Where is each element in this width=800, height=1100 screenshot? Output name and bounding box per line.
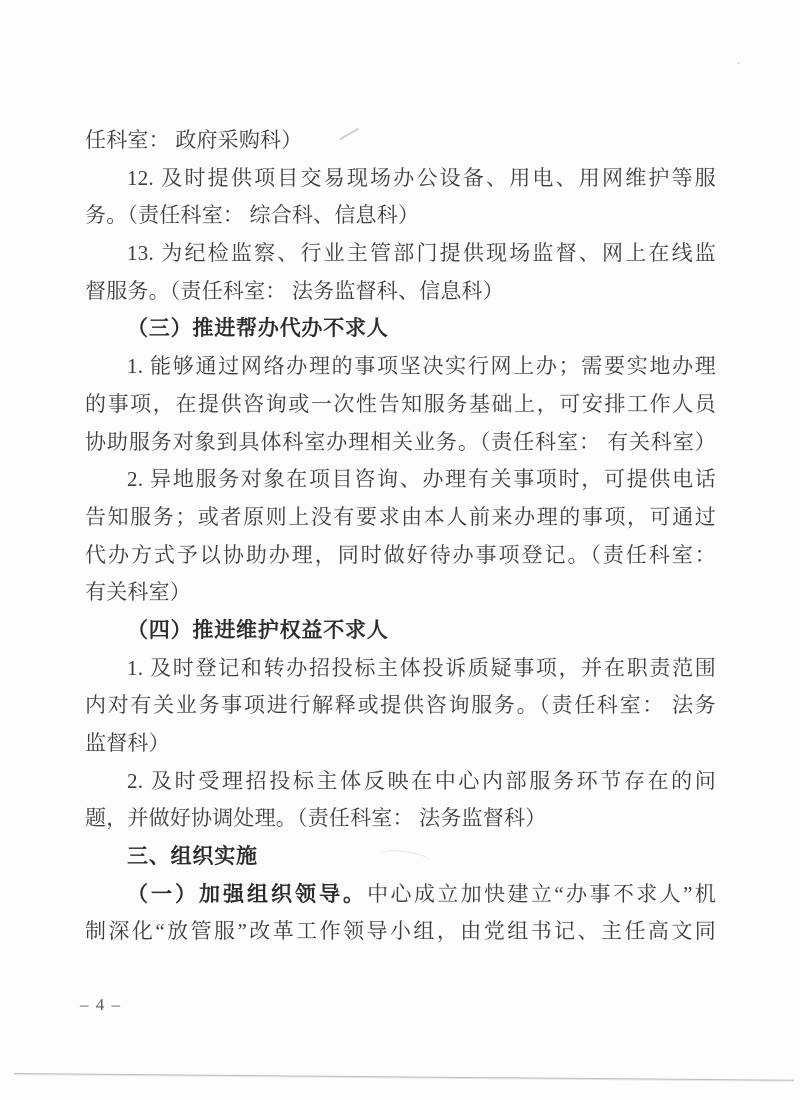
text-line: 12. 及时提供项目交易现场办公设备、用电、用网维护等服	[85, 160, 716, 198]
document-page: 任科室： 政府采购科） 12. 及时提供项目交易现场办公设备、用电、用网维护等服…	[0, 0, 800, 1100]
text-line: 1. 能够通过网络办理的事项坚决实行网上办；需要实地办理	[85, 348, 716, 386]
section-heading-line: （四）推进维护权益不求人	[85, 612, 716, 650]
text-line: 中心成立加快建立“办事不求人”机	[367, 882, 716, 906]
text-line: 13. 为纪检监察、行业主管部门提供现场监督、网上在线监	[85, 235, 716, 273]
document-body: 任科室： 政府采购科） 12. 及时提供项目交易现场办公设备、用电、用网维护等服…	[85, 122, 716, 951]
text-line: 题，并做好协调处理。（责任科室： 法务监督科）	[85, 800, 716, 838]
page-number: – 4 –	[80, 996, 122, 1013]
text-line: 协助服务对象到具体科室办理相关业务。（责任科室： 有关科室）	[85, 424, 716, 462]
section-heading-line: （三）推进帮办代办不求人	[85, 310, 716, 348]
inline-heading: （一）加强组织领导。	[127, 882, 367, 906]
text-line: 务。（责任科室： 综合科、信息科）	[85, 197, 716, 235]
text-line: 任科室： 政府采购科）	[85, 122, 716, 160]
scan-artifact-line	[14, 1073, 794, 1081]
text-line: 内对有关业务事项进行解释或提供咨询服务。（责任科室： 法务	[85, 687, 716, 725]
text-line: 2. 异地服务对象在项目咨询、办理有关事项时，可提供电话	[85, 461, 716, 499]
scan-artifact-speck	[737, 62, 740, 64]
text-line: 有关科室）	[85, 574, 716, 612]
text-line: 督服务。（责任科室： 法务监督科、信息科）	[85, 273, 716, 311]
text-line-mixed: （一）加强组织领导。中心成立加快建立“办事不求人”机	[85, 876, 716, 914]
text-line: 2. 及时受理招投标主体反映在中心内部服务环节存在的问	[85, 763, 716, 801]
text-line: 代办方式予以协助办理，同时做好待办事项登记。（责任科室：	[85, 537, 716, 575]
text-line: 告知服务；或者原则上没有要求由本人前来办理的事项，可通过	[85, 499, 716, 537]
scan-artifact-speck	[636, 366, 639, 369]
text-line: 制深化“放管服”改革工作领导小组，由党组书记、主任高文同	[85, 913, 716, 951]
text-line: 1. 及时登记和转办招投标主体投诉质疑事项，并在职责范围	[85, 650, 716, 688]
text-line: 的事项，在提供咨询或一次性告知服务基础上，可安排工作人员	[85, 386, 716, 424]
text-line: 监督科）	[85, 725, 716, 763]
